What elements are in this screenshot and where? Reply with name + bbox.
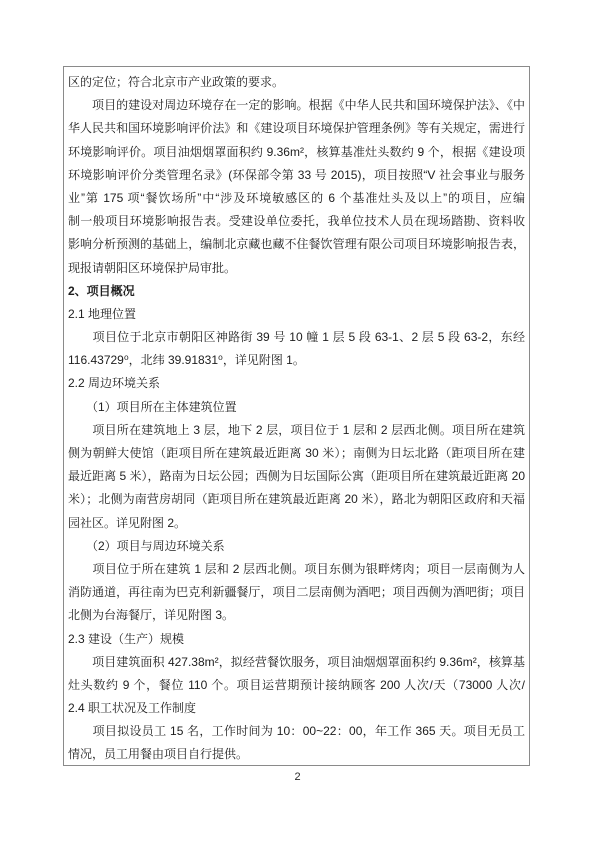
text-line: 项目位于所在建筑 1 层和 2 层西北侧。项目东侧为银畔烤肉；项目一层南侧为人行 (68, 558, 525, 581)
text-line: 区的定位；符合北京市产业政策的要求。 (68, 71, 525, 94)
document-page: 区的定位；符合北京市产业政策的要求。 项目的建设对周边环境存在一定的影响。根据《… (0, 0, 595, 841)
text-line: 116.43729⁰，北纬 39.91831⁰，详见附图 1。 (68, 349, 525, 372)
text-line: 环境影响评价分类管理名录》(环保部令第 33 号 2015)，项目按照“V 社会… (68, 164, 525, 187)
text-line: 项目位于北京市朝阳区神路街 39 号 10 幢 1 层 5 段 63-1、2 层… (68, 326, 525, 349)
text-line: 影响分析预测的基础上，编制北京藏也藏不住餐饮管理有限公司项目环境影响报告表， (68, 233, 525, 256)
text-line: 华人民共和国环境影响评价法》和《建设项目环境保护管理条例》等有关规定，需进行 (68, 117, 525, 140)
text-line: 园社区。详见附图 2。 (68, 512, 525, 535)
content-frame: 区的定位；符合北京市产业政策的要求。 项目的建设对周边环境存在一定的影响。根据《… (63, 66, 530, 766)
text-line: 2、项目概况 (68, 280, 525, 303)
page-number: 2 (0, 771, 595, 783)
text-line: 项目的建设对周边环境存在一定的影响。根据《中华人民共和国环境保护法》、《中 (68, 94, 525, 117)
text-line: 2.1 地理位置 (68, 303, 525, 326)
text-line: 环境影响评价。项目油烟烟罩面积约 9.36m²，核算基准灶头数约 9 个，根据《… (68, 141, 525, 164)
text-line: 北侧为台海餐厅，详见附图 3。 (68, 604, 525, 627)
text-line: 业”第 175 项“餐饮场所”中“涉及环境敏感区的 6 个基准灶头及以上”的项目… (68, 187, 525, 210)
text-line: 现报请朝阳区环境保护局审批。 (68, 257, 525, 280)
text-line: 2.2 周边环境关系 (68, 372, 525, 395)
text-line: 消防通道，再往南为巴克利新疆餐厅，项目二层南侧为酒吧；项目西侧为酒吧街；项目 (68, 581, 525, 604)
text-line: 灶头数约 9 个，餐位 110 个。项目运营期预计接纳顾客 200 人次/天（7… (68, 674, 525, 697)
text-line: 情况，员工用餐由项目自行提供。 (68, 743, 525, 766)
text-line: 制一般项目环境影响报告表。受建设单位委托，我单位技术人员在现场踏勘、资料收集、 (68, 210, 525, 233)
text-line: （1）项目所在主体建筑位置 (68, 396, 525, 419)
text-line: 2.4 职工状况及工作制度 (68, 697, 525, 720)
document-body: 区的定位；符合北京市产业政策的要求。 项目的建设对周边环境存在一定的影响。根据《… (68, 71, 525, 766)
text-line: 最近距离 5 米），路南为日坛公园；西侧为日坛国际公寓（距项目所在建筑最近距离 … (68, 465, 525, 488)
text-line: 项目拟设员工 15 名，工作时间为 10：00~22：00，年工作 365 天。… (68, 720, 525, 743)
text-line: （2）项目与周边环境关系 (68, 535, 525, 558)
text-line: 2.3 建设（生产）规模 (68, 628, 525, 651)
text-line: 项目建筑面积 427.38m²，拟经营餐饮服务，项目油烟烟罩面积约 9.36m²… (68, 651, 525, 674)
text-line: 项目所在建筑地上 3 层，地下 2 层，项目位于 1 层和 2 层西北侧。项目所… (68, 419, 525, 442)
text-line: 侧为朝鲜大使馆（距项目所在建筑最近距离 30 米）；南侧为日坛北路（距项目所在建… (68, 442, 525, 465)
text-line: 米）；北侧为南营房胡同（距项目所在建筑最近距离 20 米），路北为朝阳区政府和天… (68, 488, 525, 511)
